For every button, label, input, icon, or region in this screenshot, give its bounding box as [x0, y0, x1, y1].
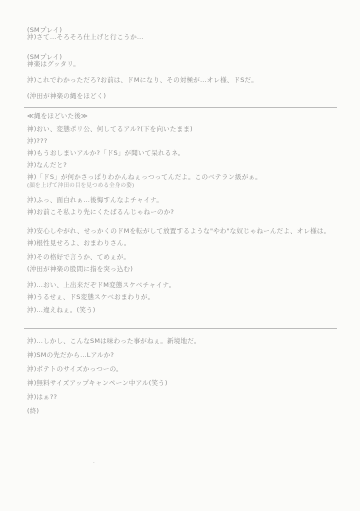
script-line: 沖)ふっ、面白れぁ…後悔すんなよチャイナ。	[27, 196, 163, 204]
script-line: 沖)…しかし、こんなSMは味わった事がねぇ。新境地だ。	[27, 337, 201, 345]
section-divider	[24, 107, 337, 108]
script-line: (沖田が神楽の股間に指を突っ込む)	[27, 265, 133, 273]
script-line: 神)無料サイズアップキャンペーン中アル(笑う)	[27, 379, 168, 387]
script-line: (顔を上げて沖田の目を見つめる全身の姿)	[27, 182, 134, 190]
script-line: 神楽はグッタリ。	[27, 60, 80, 68]
script-line: 沖)安心しやがれ、せっかくのドMを転がして放置するような"やわ"な奴じゃねーんだ…	[27, 227, 330, 235]
script-line: 神)うるせぇ、ドS変態スケベおまわりが。	[27, 293, 154, 301]
script-line: 神)「ドS」が何かさっぱりわかんねぇっつってんだよ。このベテラン級がぁ。	[27, 173, 262, 181]
script-line: 神)お前こそ私より先にくたばるんじゃねーのか?	[27, 208, 174, 216]
script-line: .	[93, 458, 95, 466]
script-line: 神)おい、変態ポリ公、何してるアル?(下を向いたまま)	[27, 125, 193, 133]
script-line: (沖田が神楽の縄をほどく)	[27, 92, 106, 100]
script-line: 神)SMの先だから…Lアルか?	[27, 351, 114, 359]
script-line: 神)根性見せろよ、おまわりさん。	[27, 239, 131, 247]
script-line: 沖)はぁ??	[27, 393, 57, 401]
script-line: 神)もうおしまいアルか?「ドS」が聞いて呆れるネ。	[27, 149, 184, 157]
script-line: (終)	[27, 407, 39, 415]
script-line: 沖)ポテトのサイズかっつーの。	[27, 365, 123, 373]
section-divider	[24, 328, 337, 329]
script-line: ≪縄をほどいた後≫	[27, 112, 88, 120]
script-line: 沖)…違えねぇ。(笑う)	[27, 306, 96, 314]
script-line: 沖)…おい、上出来だぞドM変態スケベチャイナ。	[27, 281, 175, 289]
script-line: 沖)???	[27, 137, 47, 145]
script-line: 沖)さて…そろそろ仕上げと行こうか…	[27, 33, 144, 41]
script-line: 沖)その格好で言うか、てめぇが。	[27, 253, 130, 261]
script-line: 沖)なんだと?	[27, 161, 67, 169]
scanned-script-page: (SMプレイ)沖)さて…そろそろ仕上げと行こうか…(SMプレイ)神楽はグッタリ。…	[0, 0, 360, 511]
script-line: 沖)これでわかっただろ?お前は、ドMになり、その対極が…オレ様、ドSだ。	[27, 76, 258, 84]
